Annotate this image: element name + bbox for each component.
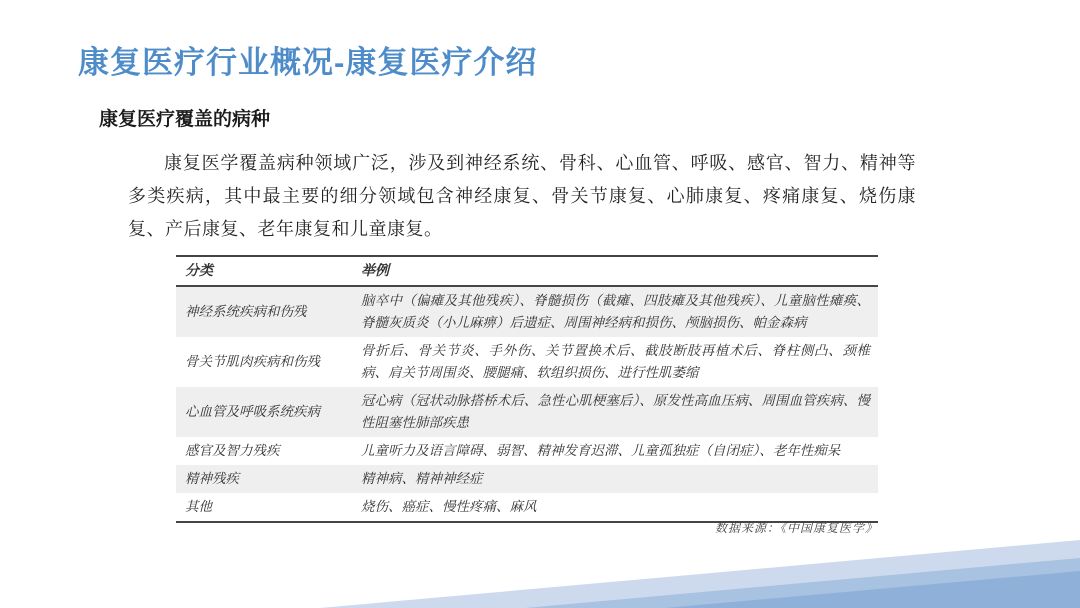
category-cell: 其他	[176, 493, 352, 522]
disease-table: 分类 举例 神经系统疾病和伤残 脑卒中（偏瘫及其他残疾）、脊髓损伤（截瘫、四肢瘫…	[176, 255, 878, 523]
source-note: 数据来源：《中国康复医学》	[176, 519, 878, 536]
examples-cell: 烧伤、癌症、慢性疼痛、麻风	[352, 493, 878, 522]
category-cell: 神经系统疾病和伤残	[176, 286, 352, 337]
column-header-examples: 举例	[352, 256, 878, 286]
wedge-medium-triangle	[665, 571, 1080, 608]
section-heading: 康复医疗覆盖的病种	[99, 108, 270, 132]
category-cell: 精神残疾	[176, 465, 352, 493]
column-header-category: 分类	[176, 256, 352, 286]
examples-cell: 儿童听力及语言障碍、弱智、精神发育迟滞、儿童孤独症（自闭症）、老年性痴呆	[352, 437, 878, 465]
category-cell: 心血管及呼吸系统疾病	[176, 387, 352, 437]
examples-cell: 精神病、精神神经症	[352, 465, 878, 493]
page-title: 康复医疗行业概况-康复医疗介绍	[78, 44, 537, 82]
category-cell: 骨关节肌肉疾病和伤残	[176, 337, 352, 387]
table-row: 精神残疾 精神病、精神神经症	[176, 465, 878, 493]
table-header-row: 分类 举例	[176, 256, 878, 286]
wedge-light-triangle	[525, 558, 1080, 608]
slide-canvas: 康复医疗行业概况-康复医疗介绍 康复医疗覆盖的病种 康复医学覆盖病种领域广泛，涉…	[0, 0, 1080, 608]
examples-cell: 脑卒中（偏瘫及其他残疾）、脊髓损伤（截瘫、四肢瘫及其他残疾）、儿童脑性瘫痪、脊髓…	[352, 286, 878, 337]
table-row: 神经系统疾病和伤残 脑卒中（偏瘫及其他残疾）、脊髓损伤（截瘫、四肢瘫及其他残疾）…	[176, 286, 878, 337]
examples-cell: 骨折后、骨关节炎、手外伤、关节置换术后、截肢断肢再植术后、脊柱侧凸、颈椎病、肩关…	[352, 337, 878, 387]
table-row: 感官及智力残疾 儿童听力及语言障碍、弱智、精神发育迟滞、儿童孤独症（自闭症）、老…	[176, 437, 878, 465]
examples-cell: 冠心病（冠状动脉搭桥术后、急性心肌梗塞后）、原发性高血压病、周围血管疾病、慢性阻…	[352, 387, 878, 437]
table-row: 其他 烧伤、癌症、慢性疼痛、麻风	[176, 493, 878, 522]
table-row: 骨关节肌肉疾病和伤残 骨折后、骨关节炎、手外伤、关节置换术后、截肢断肢再植术后、…	[176, 337, 878, 387]
category-cell: 感官及智力残疾	[176, 437, 352, 465]
body-paragraph: 康复医学覆盖病种领域广泛，涉及到神经系统、骨科、心血管、呼吸、感官、智力、精神等…	[128, 147, 916, 246]
table-row: 心血管及呼吸系统疾病 冠心病（冠状动脉搭桥术后、急性心肌梗塞后）、原发性高血压病…	[176, 387, 878, 437]
wedge-pale-triangle	[320, 540, 1080, 608]
